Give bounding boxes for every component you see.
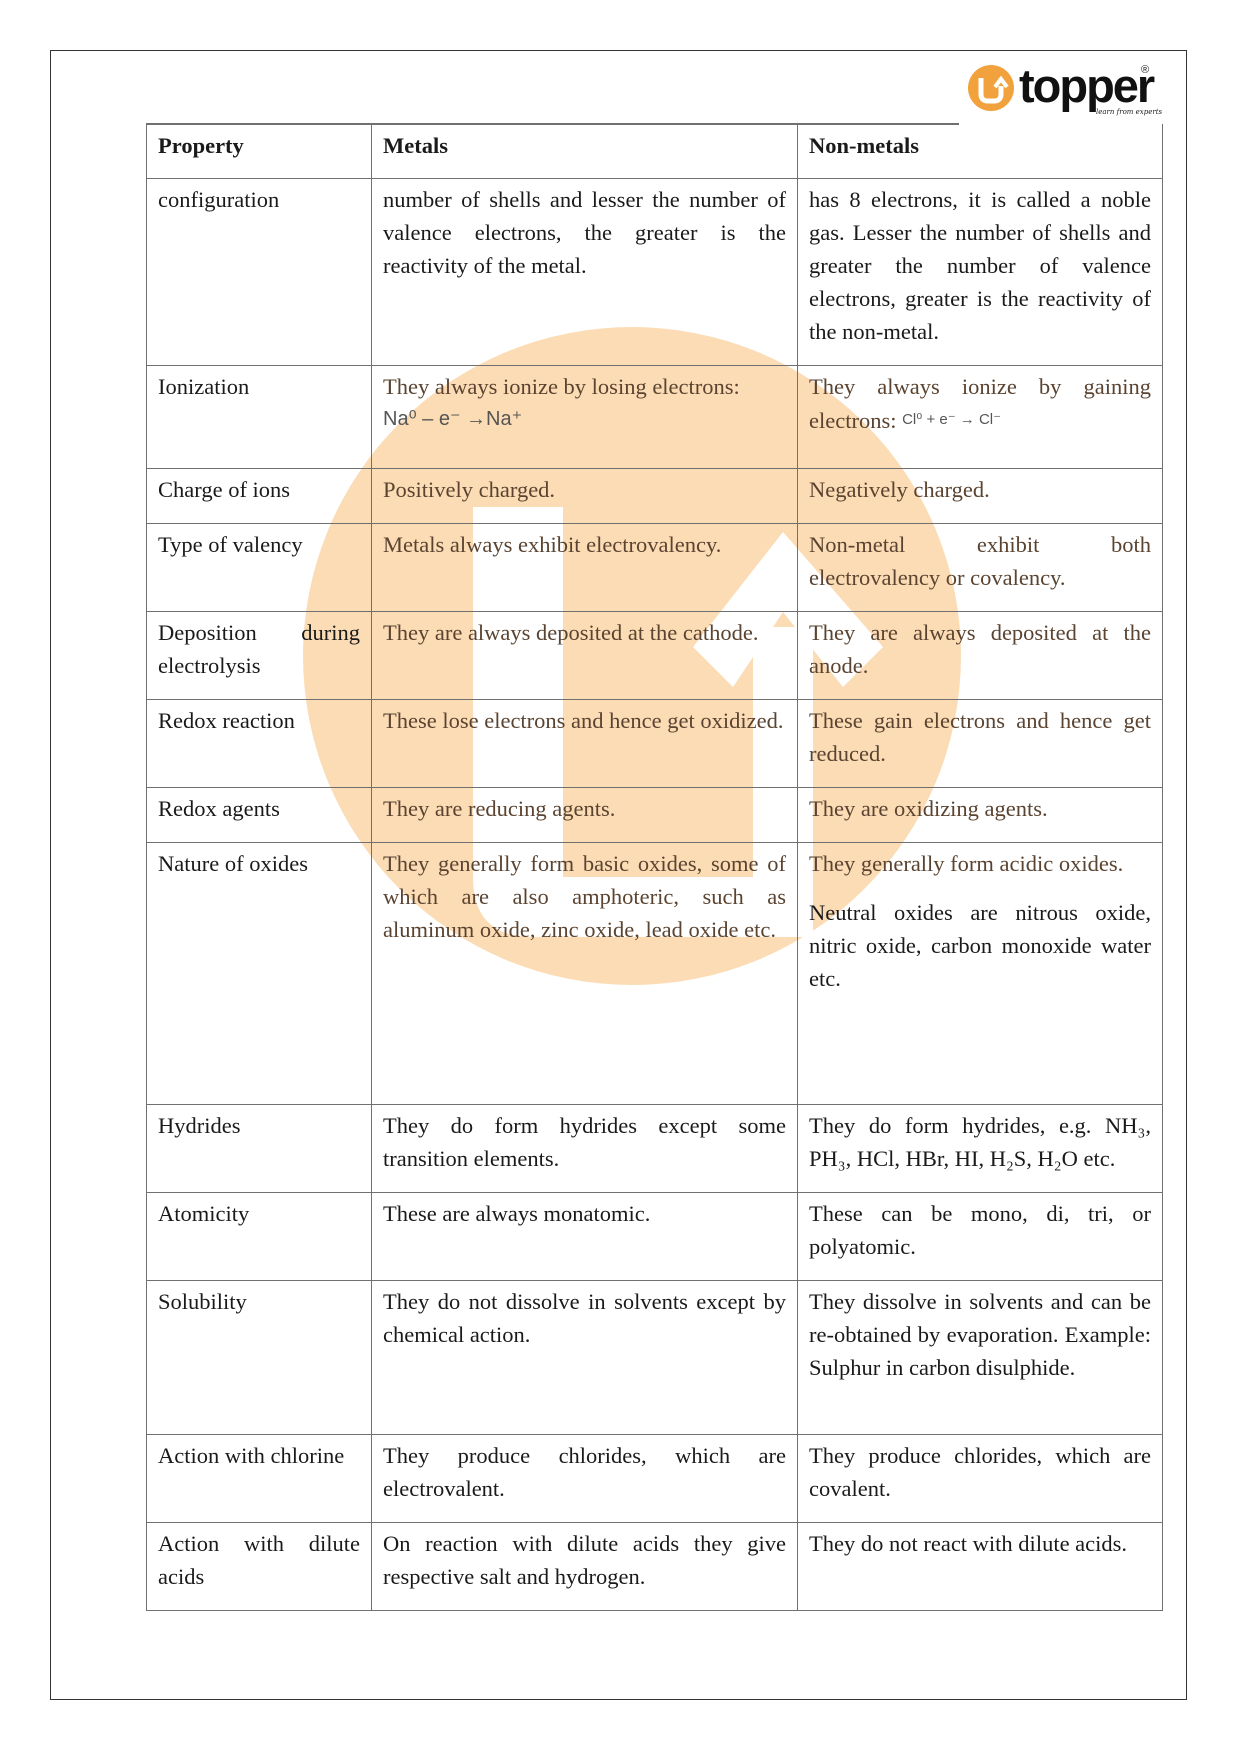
non-metals-cell: has 8 electrons, it is called a noble ga… — [798, 179, 1163, 366]
metals-cell: They always ionize by losing electrons: … — [372, 366, 798, 469]
non-metals-cell: They do not react with dilute acids. — [798, 1523, 1163, 1611]
table-row: Redox reaction These lose electrons and … — [147, 700, 1163, 788]
metals-cell: They generally form basic oxides, some o… — [372, 843, 798, 1105]
sodium-ionization-equation: Na⁰ – e⁻ →Na⁺ — [383, 403, 786, 436]
chlorine-ionization-equation: Cl⁰ + e⁻ → Cl⁻ — [902, 411, 1001, 428]
property-cell: Solubility — [147, 1281, 372, 1435]
metals-cell: They do not dissolve in solvents except … — [372, 1281, 798, 1435]
non-metals-cell: They always ionize by gaining electrons:… — [798, 366, 1163, 469]
table-top-border — [146, 123, 959, 125]
property-cell: Type of valency — [147, 524, 372, 612]
property-cell: Ionization — [147, 366, 372, 469]
topper-logo-mark-icon — [968, 65, 1014, 111]
table-row: Charge of ions Positively charged. Negat… — [147, 469, 1163, 524]
property-cell: Redox agents — [147, 788, 372, 843]
header-metals: Metals — [372, 125, 798, 179]
table-row: Action with dilute acids On reaction wit… — [147, 1523, 1163, 1611]
non-metals-cell: They produce chlorides, which are covale… — [798, 1435, 1163, 1523]
header-property: Property — [147, 125, 372, 179]
non-metals-cell: They are always deposited at the anode. — [798, 612, 1163, 700]
table-header-row: Property Metals Non-metals — [147, 125, 1163, 179]
metals-cell: number of shells and lesser the number o… — [372, 179, 798, 366]
table-row: Type of valency Metals always exhibit el… — [147, 524, 1163, 612]
table-row: Solubility They do not dissolve in solve… — [147, 1281, 1163, 1435]
property-cell: Deposition during electrolysis — [147, 612, 372, 700]
non-metals-cell: Negatively charged. — [798, 469, 1163, 524]
property-cell: Nature of oxides — [147, 843, 372, 1105]
table-row: Nature of oxides They generally form bas… — [147, 843, 1163, 1105]
metals-cell: They do form hydrides except some transi… — [372, 1105, 798, 1193]
table-row: Ionization They always ionize by losing … — [147, 366, 1163, 469]
logo-wordmark: topper — [1019, 56, 1153, 116]
comparison-table: Property Metals Non-metals configuration… — [146, 124, 1162, 1611]
table-row: configuration number of shells and lesse… — [147, 179, 1163, 366]
metals-cell: They are reducing agents. — [372, 788, 798, 843]
property-cell: Action with chlorine — [147, 1435, 372, 1523]
logo-tagline: learn from experts — [1096, 108, 1162, 116]
registered-mark: ® — [1141, 64, 1149, 76]
metals-cell: They are always deposited at the cathode… — [372, 612, 798, 700]
table-row: Deposition during electrolysis They are … — [147, 612, 1163, 700]
header-non-metals: Non-metals — [798, 125, 1163, 179]
non-metals-cell: Non-metal exhibit both electrovalency or… — [798, 524, 1163, 612]
non-metals-cell: These can be mono, di, tri, or polyatomi… — [798, 1193, 1163, 1281]
metals-cell: These are always monatomic. — [372, 1193, 798, 1281]
table-row: Hydrides They do form hydrides except so… — [147, 1105, 1163, 1193]
metals-cell: Positively charged. — [372, 469, 798, 524]
property-cell: Redox reaction — [147, 700, 372, 788]
property-cell: Hydrides — [147, 1105, 372, 1193]
metals-cell: These lose electrons and hence get oxidi… — [372, 700, 798, 788]
property-cell: Action with dilute acids — [147, 1523, 372, 1611]
metals-cell: They produce chlorides, which are electr… — [372, 1435, 798, 1523]
table-row: Action with chlorine They produce chlori… — [147, 1435, 1163, 1523]
non-metals-cell: They generally form acidic oxides. Neutr… — [798, 843, 1163, 1105]
metals-cell: On reaction with dilute acids they give … — [372, 1523, 798, 1611]
table-row: Redox agents They are reducing agents. T… — [147, 788, 1163, 843]
topper-logo: topper ® learn from experts — [968, 62, 1158, 122]
non-metals-cell: They dissolve in solvents and can be re-… — [798, 1281, 1163, 1435]
non-metals-cell: They are oxidizing agents. — [798, 788, 1163, 843]
property-cell: Charge of ions — [147, 469, 372, 524]
metals-cell: Metals always exhibit electrovalency. — [372, 524, 798, 612]
non-metals-cell: They do form hydrides, e.g. NH₃, PH₃, HC… — [798, 1105, 1163, 1193]
property-cell: configuration — [147, 179, 372, 366]
property-cell: Atomicity — [147, 1193, 372, 1281]
non-metals-cell: These gain electrons and hence get reduc… — [798, 700, 1163, 788]
table-row: Atomicity These are always monatomic. Th… — [147, 1193, 1163, 1281]
